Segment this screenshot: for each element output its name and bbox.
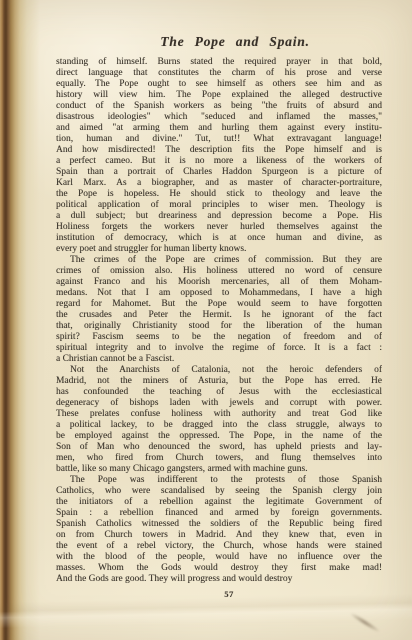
- text-line: Madrid, not the miners of Asturia, but t…: [56, 376, 382, 387]
- text-line: tion, human and divine." Tut, tut!! What…: [56, 134, 382, 145]
- text-line: Catholics, who were scandalised by seein…: [56, 486, 382, 497]
- text-line: battle, like so many Chicago gangsters, …: [56, 464, 382, 475]
- text-line: The crimes of the Pope are crimes of com…: [56, 255, 382, 266]
- text-line: And the Gods are good. They will progres…: [56, 574, 382, 585]
- text-line: a dull subject; but dreariness and depre…: [56, 211, 382, 222]
- text-line: against Franco and his Moorish mercenari…: [56, 277, 382, 288]
- text-line: institution of democracy, which is at on…: [56, 233, 382, 244]
- text-line: crimes of omission also. His holiness ut…: [56, 266, 382, 277]
- text-line: a political lackey, to be dragged into t…: [56, 420, 382, 431]
- page-title: The Pope and Spain.: [72, 34, 398, 50]
- body-text: standing of himself. Burns stated the re…: [56, 57, 382, 585]
- text-line: men, who fired from Church towers, and f…: [56, 453, 382, 464]
- text-line: regard for Mahomet. But the Pope would s…: [56, 299, 382, 310]
- text-line: Son of Man who denounced the sword, has …: [56, 442, 382, 453]
- text-line: on from Church towers in Madrid. And the…: [56, 530, 382, 541]
- paragraph: Not the Anarchists of Catalonia, not the…: [56, 365, 382, 475]
- text-line: be employed against the oppressed. The P…: [56, 431, 382, 442]
- text-line: Spain than a portrait of Charles Haddon …: [56, 167, 382, 178]
- text-line: with the blood of the people, would have…: [56, 552, 382, 563]
- text-line: the Pope is hopeless. He should stick to…: [56, 189, 382, 200]
- page-curl-shadow: [349, 611, 380, 633]
- text-line: direct language that constitutes the cha…: [56, 68, 382, 79]
- text-line: And how misdirected! The description fit…: [56, 145, 382, 156]
- text-line: Holiness forgets the workers never hurle…: [56, 222, 382, 233]
- text-line: These prelates confuse holiness with aut…: [56, 409, 382, 420]
- text-line: spirit? Fascism seems to be the negation…: [56, 332, 382, 343]
- binding-edge: [0, 0, 40, 640]
- text-line: The Pope was indifferent to the protests…: [56, 475, 382, 486]
- paragraph: The Pope was indifferent to the protests…: [56, 475, 382, 585]
- text-line: a perfect cameo. But it is no more a lik…: [56, 156, 382, 167]
- text-line: Karl Marx. As a biographer, and as maste…: [56, 178, 382, 189]
- text-line: Not the Anarchists of Catalonia, not the…: [56, 365, 382, 376]
- text-line: has confounded the teaching of Jesus wit…: [56, 387, 382, 398]
- text-line: political application of moral principle…: [56, 200, 382, 211]
- text-line: that, originally Christianity stood for …: [56, 321, 382, 332]
- text-line: degeneracy of bishops laden with jewels …: [56, 398, 382, 409]
- text-line: disastrous ideologies" which "seduced an…: [56, 112, 382, 123]
- text-line: and aimed "at arming them and hurling th…: [56, 123, 382, 134]
- text-line: standing of himself. Burns stated the re…: [56, 57, 382, 68]
- text-line: history will view him. The Pope explaine…: [56, 90, 382, 101]
- text-line: spiritual integrity and to involve the r…: [56, 343, 382, 354]
- paragraph: The crimes of the Pope are crimes of com…: [56, 255, 382, 365]
- text-line: the event of a rebel victory, the Church…: [56, 541, 382, 552]
- book-page: The Pope and Spain. standing of himself.…: [0, 0, 412, 640]
- paragraph: standing of himself. Burns stated the re…: [56, 57, 382, 255]
- text-line: equally. The Pope ought to see himself a…: [56, 79, 382, 90]
- text-line: medans. Not that I am opposed to Mohamme…: [56, 288, 382, 299]
- text-line: conduct of the Spanish workers as being …: [56, 101, 382, 112]
- text-line: every poet and struggler for human liber…: [56, 244, 382, 255]
- page-content: The Pope and Spain. standing of himself.…: [56, 34, 382, 599]
- text-line: masses. Whom the Gods would destroy they…: [56, 563, 382, 574]
- text-line: Spanish Catholics witnessed the soldiers…: [56, 519, 382, 530]
- text-line: the initiators of a rebellion against th…: [56, 497, 382, 508]
- page-number: 57: [66, 589, 392, 599]
- text-line: Spain : a rebellion financed and armed b…: [56, 508, 382, 519]
- text-line: the crusades and Peter the Hermit. Is he…: [56, 310, 382, 321]
- text-line: a Christian cannot be a Fascist.: [56, 354, 382, 365]
